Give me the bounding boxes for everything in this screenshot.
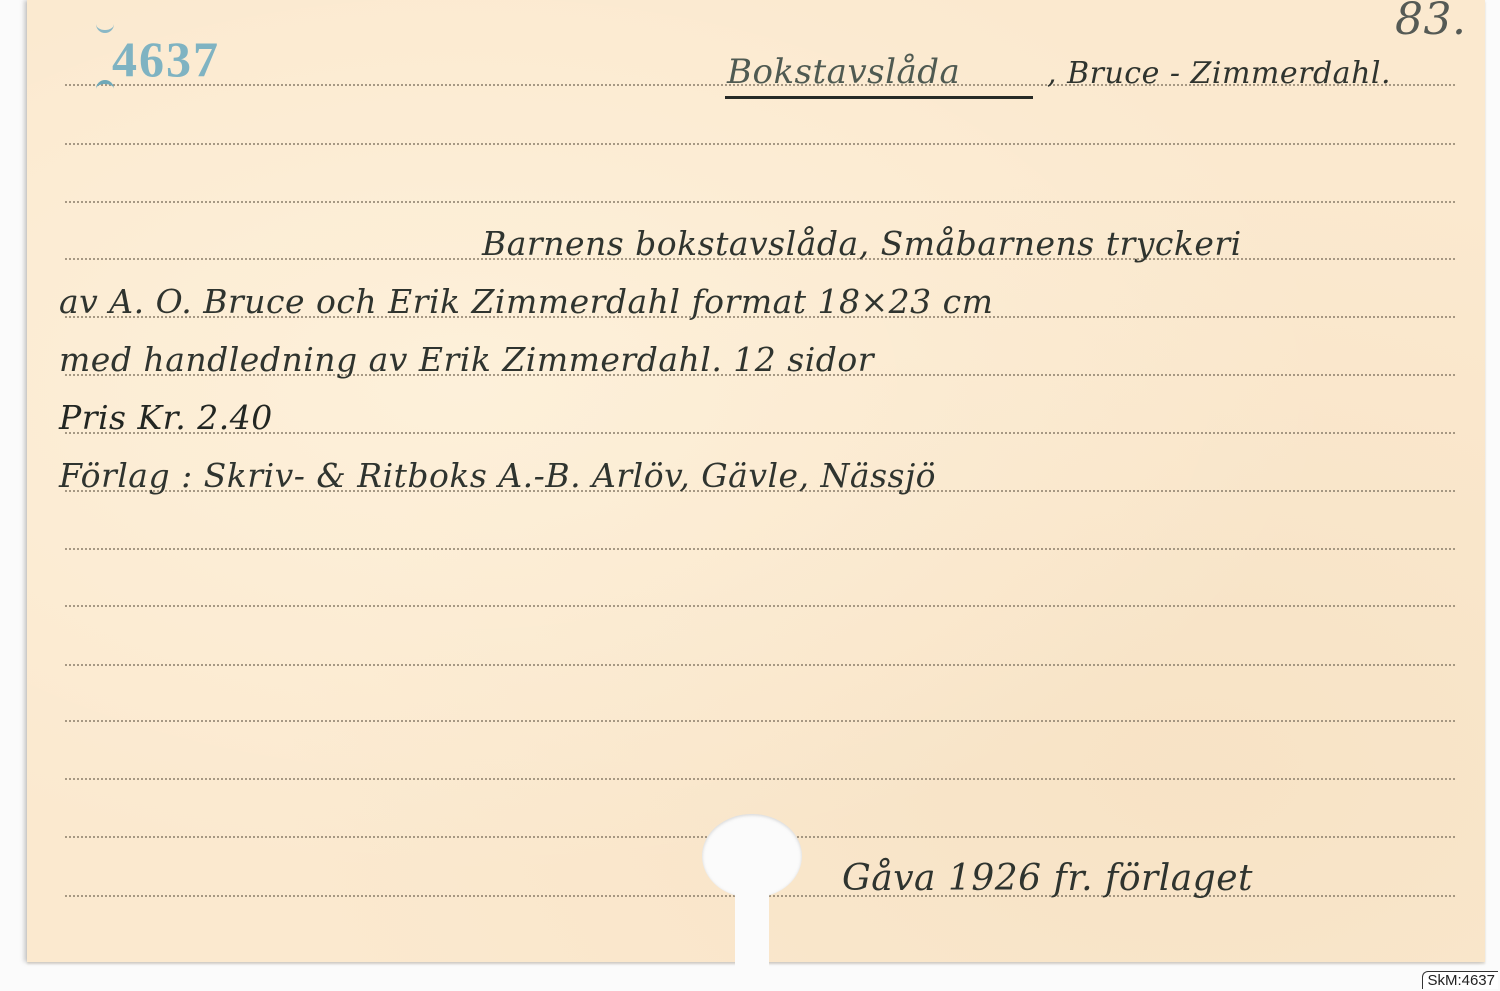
publisher-line: Förlag : Skriv- & Ritboks A.-B. Arlöv, G… [59, 456, 936, 495]
ruled-line [65, 605, 1455, 607]
ruled-line [65, 720, 1455, 722]
acquisition-note: Gåva 1926 fr. förlaget [842, 858, 1253, 899]
ruled-line [65, 432, 1455, 434]
ruled-line [65, 664, 1455, 666]
keyhole-notch-stem [735, 880, 769, 970]
catalog-number-stamp: 4637 [112, 30, 220, 88]
handbook-line: med handledning av Erik Zimmerdahl. 12 s… [59, 340, 874, 379]
price-line: Pris Kr. 2.40 [59, 398, 273, 437]
catalog-card: 4637 83. Bokstavslåda , Bruce - Zimmerda… [27, 0, 1485, 962]
page-number: 83. [1395, 0, 1466, 45]
heading-authors: , Bruce - Zimmerdahl. [1047, 56, 1391, 91]
heading-subject: Bokstavslåda [727, 52, 960, 92]
ruled-line [65, 201, 1455, 203]
author-format-line: av A. O. Bruce och Erik Zimmerdahl forma… [59, 282, 993, 321]
heading-underline [725, 96, 1033, 99]
ruled-line [65, 548, 1455, 550]
title-line: Barnens bokstavslåda, Småbarnens trycker… [482, 224, 1242, 263]
ruled-line [65, 143, 1455, 145]
ruled-line [65, 778, 1455, 780]
archive-id-label: SkM:4637 [1422, 971, 1498, 989]
